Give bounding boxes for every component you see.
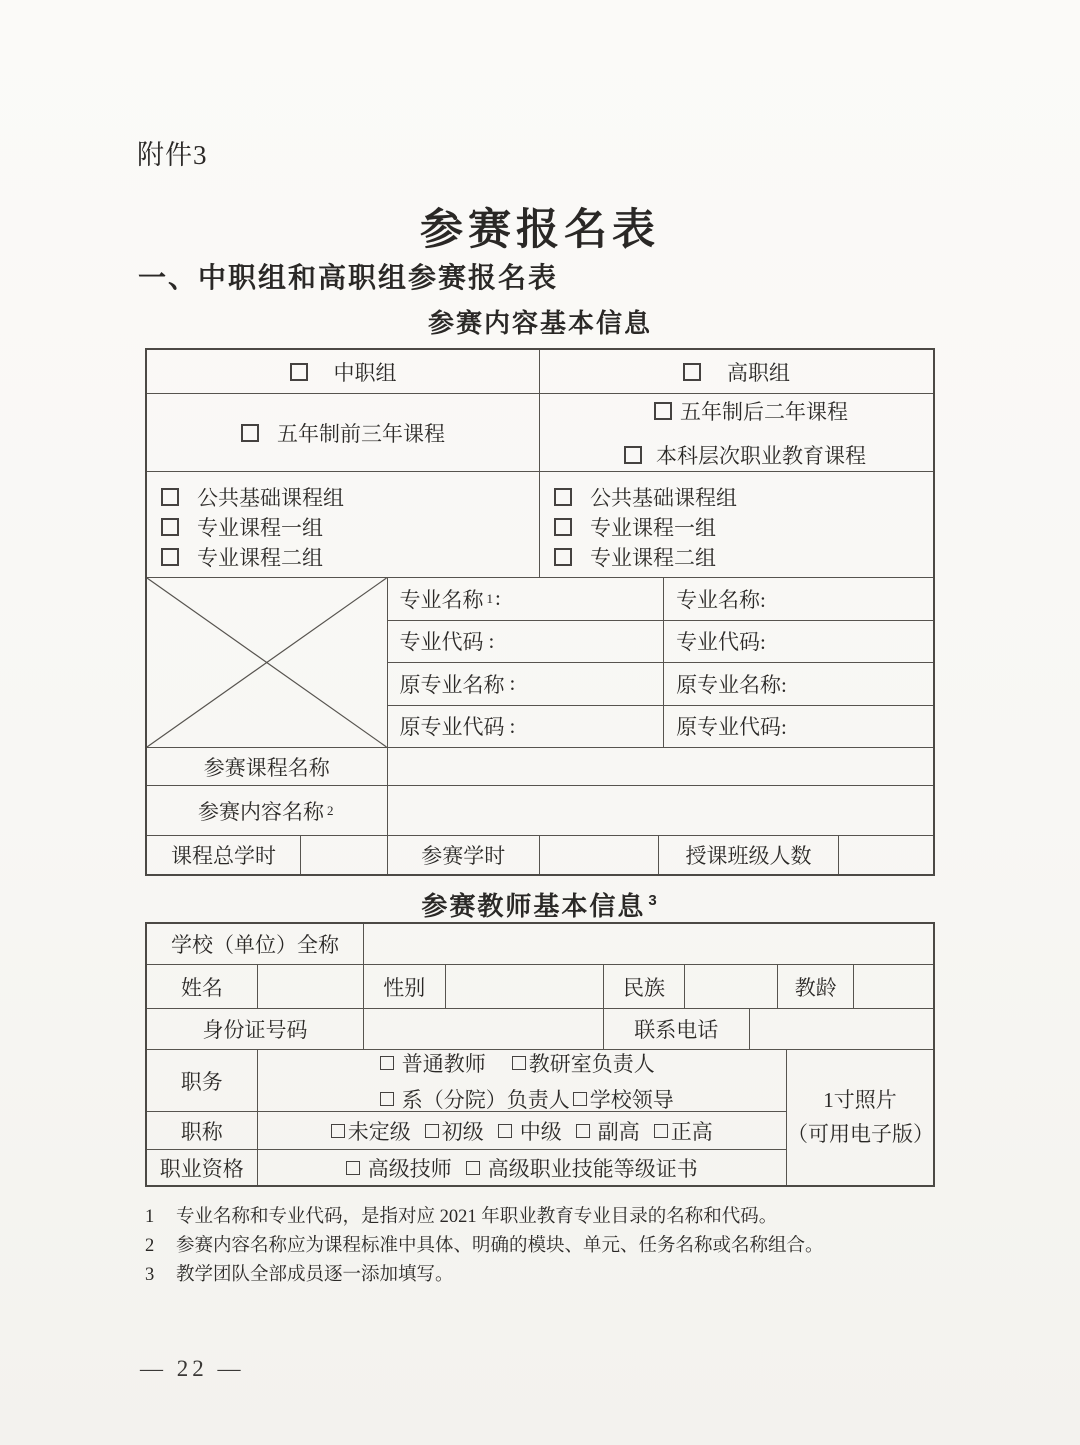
page-number: — 22 —: [140, 1356, 245, 1382]
five-year-last-two-item: 五年制后二年课程: [654, 396, 848, 426]
document-title: 参赛报名表: [0, 196, 1080, 257]
teacher-info-table: 学校（单位）全称 姓名 性别 民族 教龄 身份: [145, 922, 935, 1187]
id-label-cell: 身份证号码: [147, 1009, 364, 1049]
original-major-name-right-label: 原专业名称:: [676, 669, 787, 699]
footnote-2: 2 参赛内容名称应为课程标准中具体、明确的模块、单元、任务名称或名称组合。: [145, 1232, 955, 1261]
checkbox-school-leader[interactable]: [573, 1092, 587, 1106]
checkbox-rank-ungraded[interactable]: [331, 1124, 345, 1138]
rank-intermediate-label: 中级: [520, 1116, 562, 1146]
name-label-cell: 姓名: [147, 965, 258, 1008]
hours-row: 课程总学时 参赛学时 授课班级人数: [147, 836, 933, 874]
undergraduate-vocational-item: 本科层次职业教育课程: [624, 440, 866, 470]
rank-label-cell: 职称: [147, 1112, 258, 1149]
major-course-1-right-label: 专业课程一组: [590, 512, 716, 542]
checkbox-major-course-2-right[interactable]: [554, 548, 572, 566]
checkbox-senior-technician[interactable]: [346, 1161, 360, 1175]
original-major-name-mid-label: 原专业名称: [400, 669, 505, 699]
ethnicity-label: 民族: [623, 972, 665, 1002]
major-info-rows: 专业名称1: 专业名称: 专业代码: 专业代码: 原专业: [147, 578, 933, 748]
checkbox-major-course-2-left[interactable]: [161, 548, 179, 566]
gender-field[interactable]: [446, 965, 604, 1008]
table2-title: 参赛教师基本信息3: [0, 886, 1080, 923]
duty-label-cell: 职务: [147, 1050, 258, 1111]
rank-options-cell: 未定级 初级 中级 副高 正高: [258, 1112, 786, 1149]
major-code-mid-cell[interactable]: 专业代码:: [388, 621, 665, 663]
secondary-vocational-group-label: 中职组: [334, 357, 397, 387]
checkbox-research-office-head[interactable]: [512, 1056, 526, 1070]
duty-row: 职务 普通教师 教研室负责人 系（分院）负: [147, 1050, 786, 1112]
major-course-2-left-item: 专业课程二组: [161, 542, 323, 572]
footnotes: 1 专业名称和专业代码，是指对应 2021 年职业教育专业目录的名称和代码。 2…: [145, 1203, 955, 1290]
higher-vocational-group-cell: 高职组: [540, 350, 933, 393]
rank-label: 职称: [181, 1116, 223, 1146]
rank-associate-senior-label: 副高: [598, 1116, 640, 1146]
major-name-superscript: 1: [487, 591, 494, 607]
major-code-mid-label: 专业代码: [400, 626, 484, 656]
major-code-right-label: 专业代码:: [676, 626, 766, 656]
checkbox-five-year-first-three[interactable]: [241, 424, 259, 442]
course-name-row: 参赛课程名称: [147, 748, 933, 786]
checkbox-department-head[interactable]: [380, 1092, 394, 1106]
rank-junior-label: 初级: [442, 1116, 484, 1146]
school-label: 学校（单位）全称: [171, 929, 339, 959]
secondary-vocational-group-cell: 中职组: [147, 350, 540, 393]
checkbox-rank-full-senior[interactable]: [654, 1124, 668, 1138]
contest-hours-label: 参赛学时: [421, 840, 505, 870]
content-name-label-cell: 参赛内容名称2: [147, 786, 388, 835]
footnote-1-text: 专业名称和专业代码，是指对应 2021 年职业教育专业目录的名称和代码。: [176, 1203, 777, 1232]
id-number-label: 身份证号码: [202, 1014, 307, 1044]
school-name-field[interactable]: [364, 924, 933, 964]
major-course-1-left-label: 专业课程一组: [197, 512, 323, 542]
table2-title-superscript: 3: [648, 892, 658, 909]
checkbox-rank-intermediate[interactable]: [498, 1124, 512, 1138]
qualification-options-cell: 高级技师 高级职业技能等级证书: [258, 1150, 786, 1185]
qualification-label: 职业资格: [160, 1153, 244, 1183]
research-office-head-label: 教研室负责人: [529, 1050, 655, 1078]
school-label-cell: 学校（单位）全称: [147, 924, 364, 964]
senior-technician-label: 高级技师: [368, 1153, 452, 1183]
table1-title: 参赛内容基本信息: [0, 303, 1080, 340]
rank-full-senior-label: 正高: [671, 1116, 713, 1146]
right-course-type-cell: 五年制后二年课程 本科层次职业教育课程: [540, 394, 933, 471]
course-name-field[interactable]: [388, 748, 933, 785]
teaching-years-field[interactable]: [854, 965, 933, 1008]
five-year-last-two-label: 五年制后二年课程: [680, 396, 848, 426]
major-name-right-cell[interactable]: 专业名称:: [664, 578, 933, 620]
major-name-mid-cell[interactable]: 专业名称1:: [388, 578, 665, 620]
course-groups-left-cell: 公共基础课程组 专业课程一组 专业课程二组: [147, 472, 540, 577]
checkbox-public-basic-right[interactable]: [554, 488, 572, 506]
content-name-field[interactable]: [388, 786, 933, 835]
footnote-3: 3 教学团队全部成员逐一添加填写。: [145, 1261, 955, 1290]
diagonal-cross-icon: [147, 578, 387, 747]
duty-options-cell: 普通教师 教研室负责人 系（分院）负责人 学校领导: [258, 1050, 786, 1111]
group-row: 中职组 高职组: [147, 350, 933, 394]
public-basic-left-item: 公共基础课程组: [161, 482, 344, 512]
photo-label-line1: 1寸照片: [823, 1084, 897, 1118]
original-major-code-right-cell[interactable]: 原专业代码:: [664, 706, 933, 748]
duty-label: 职务: [181, 1066, 223, 1096]
public-basic-right-label: 公共基础课程组: [590, 482, 737, 512]
gender-label-cell: 性别: [364, 965, 446, 1008]
checkbox-public-basic-left[interactable]: [161, 488, 179, 506]
gender-label: 性别: [383, 972, 425, 1002]
content-info-table: 中职组 高职组 五年制前三年课程 五年制后二年课程 本科层次职业教育课程: [145, 348, 935, 876]
crossed-out-cell: [147, 578, 388, 747]
total-hours-field[interactable]: [301, 836, 387, 874]
attachment-label: 附件3: [137, 133, 208, 172]
higher-vocational-group-label: 高职组: [727, 357, 790, 387]
id-phone-row: 身份证号码 联系电话: [147, 1009, 933, 1050]
school-leader-label: 学校领导: [590, 1084, 674, 1112]
class-size-label: 授课班级人数: [686, 840, 812, 870]
course-type-row: 五年制前三年课程 五年制后二年课程 本科层次职业教育课程: [147, 394, 933, 472]
footnote-2-text: 参赛内容名称应为课程标准中具体、明确的模块、单元、任务名称或名称组合。: [176, 1232, 824, 1261]
public-basic-left-label: 公共基础课程组: [197, 482, 344, 512]
major-course-1-right-item: 专业课程一组: [554, 512, 716, 542]
content-name-row: 参赛内容名称2: [147, 786, 933, 836]
total-hours-label: 课程总学时: [171, 840, 276, 870]
major-course-1-left-item: 专业课程一组: [161, 512, 323, 542]
class-size-label-cell: 授课班级人数: [659, 836, 838, 874]
checkbox-major-course-1-left[interactable]: [161, 518, 179, 536]
checkbox-secondary-vocational-group[interactable]: [290, 363, 308, 381]
checkbox-higher-vocational-group[interactable]: [683, 363, 701, 381]
qualification-row: 职业资格 高级技师 高级职业技能等级证书: [147, 1150, 786, 1185]
major-code-right-cell[interactable]: 专业代码:: [664, 621, 933, 663]
ethnicity-field[interactable]: [685, 965, 778, 1008]
phone-label: 联系电话: [634, 1014, 718, 1044]
duty-rank-qualification-rows: 职务 普通教师 教研室负责人 系（分院）负: [147, 1050, 933, 1185]
course-group-row: 公共基础课程组 专业课程一组 专业课程二组 公共基础课程组: [147, 472, 933, 578]
ordinary-teacher-label: 普通教师: [402, 1050, 486, 1078]
footnote-2-number: 2: [145, 1232, 176, 1261]
total-hours-label-cell: 课程总学时: [147, 836, 301, 874]
teaching-years-label: 教龄: [795, 972, 837, 1002]
checkbox-rank-junior[interactable]: [425, 1124, 439, 1138]
original-major-name-mid-cell[interactable]: 原专业名称:: [388, 663, 665, 705]
name-field[interactable]: [258, 965, 364, 1008]
name-label: 姓名: [181, 972, 223, 1002]
major-course-2-right-label: 专业课程二组: [590, 542, 716, 572]
footnote-1: 1 专业名称和专业代码，是指对应 2021 年职业教育专业目录的名称和代码。: [145, 1203, 955, 1232]
original-major-code-right-label: 原专业代码:: [676, 711, 787, 741]
section-one-heading: 一、中职组和高职组参赛报名表: [138, 256, 558, 296]
department-head-label: 系（分院）负责人: [402, 1084, 570, 1112]
phone-label-cell: 联系电话: [604, 1009, 750, 1049]
major-name-mid-label: 专业名称: [400, 584, 484, 614]
photo-placeholder-cell[interactable]: 1寸照片 （可用电子版）: [786, 1050, 933, 1185]
checkbox-ordinary-teacher[interactable]: [380, 1056, 394, 1070]
senior-skill-certificate-label: 高级职业技能等级证书: [488, 1153, 698, 1183]
photo-label-line2: （可用电子版）: [787, 1118, 933, 1152]
contest-hours-label-cell: 参赛学时: [388, 836, 540, 874]
major-course-2-right-item: 专业课程二组: [554, 542, 716, 572]
footnote-3-text: 教学团队全部成员逐一添加填写。: [176, 1261, 454, 1290]
five-year-first-three-cell: 五年制前三年课程: [147, 394, 540, 471]
undergraduate-vocational-label: 本科层次职业教育课程: [656, 440, 866, 470]
course-groups-right-cell: 公共基础课程组 专业课程一组 专业课程二组: [540, 472, 933, 577]
original-major-code-mid-label: 原专业代码: [400, 711, 505, 741]
checkbox-rank-associate-senior[interactable]: [576, 1124, 590, 1138]
teaching-years-label-cell: 教龄: [778, 965, 854, 1008]
rank-ungraded-label: 未定级: [348, 1116, 411, 1146]
rank-row: 职称 未定级 初级 中级 副高 正高: [147, 1112, 786, 1150]
school-row: 学校（单位）全称: [147, 924, 933, 965]
major-name-right-label: 专业名称:: [676, 584, 766, 614]
course-name-label: 参赛课程名称: [204, 752, 330, 782]
checkbox-senior-skill-certificate[interactable]: [466, 1161, 480, 1175]
footnote-3-number: 3: [145, 1261, 176, 1290]
contest-hours-field[interactable]: [540, 836, 659, 874]
original-major-code-mid-cell[interactable]: 原专业代码:: [388, 706, 665, 748]
ethnicity-label-cell: 民族: [604, 965, 686, 1008]
id-number-field[interactable]: [364, 1009, 604, 1049]
class-size-field[interactable]: [839, 836, 933, 874]
major-course-2-left-label: 专业课程二组: [197, 542, 323, 572]
public-basic-right-item: 公共基础课程组: [554, 482, 737, 512]
course-name-label-cell: 参赛课程名称: [147, 748, 388, 785]
major-fields: 专业名称1: 专业名称: 专业代码: 专业代码: 原专业: [388, 578, 933, 747]
footnote-1-number: 1: [145, 1203, 176, 1232]
scanned-form-page: 附件3 参赛报名表 一、中职组和高职组参赛报名表 参赛内容基本信息 中职组 高职…: [0, 0, 1080, 1445]
phone-field[interactable]: [750, 1009, 933, 1049]
original-major-name-right-cell[interactable]: 原专业名称:: [664, 663, 933, 705]
content-name-label: 参赛内容名称: [198, 796, 324, 826]
content-name-superscript: 2: [327, 803, 334, 819]
qualification-label-cell: 职业资格: [147, 1150, 258, 1185]
checkbox-major-course-1-right[interactable]: [554, 518, 572, 536]
five-year-first-three-label: 五年制前三年课程: [277, 418, 445, 448]
checkbox-undergraduate-vocational[interactable]: [624, 446, 642, 464]
personal-info-row: 姓名 性别 民族 教龄: [147, 965, 933, 1009]
checkbox-five-year-last-two[interactable]: [654, 402, 672, 420]
